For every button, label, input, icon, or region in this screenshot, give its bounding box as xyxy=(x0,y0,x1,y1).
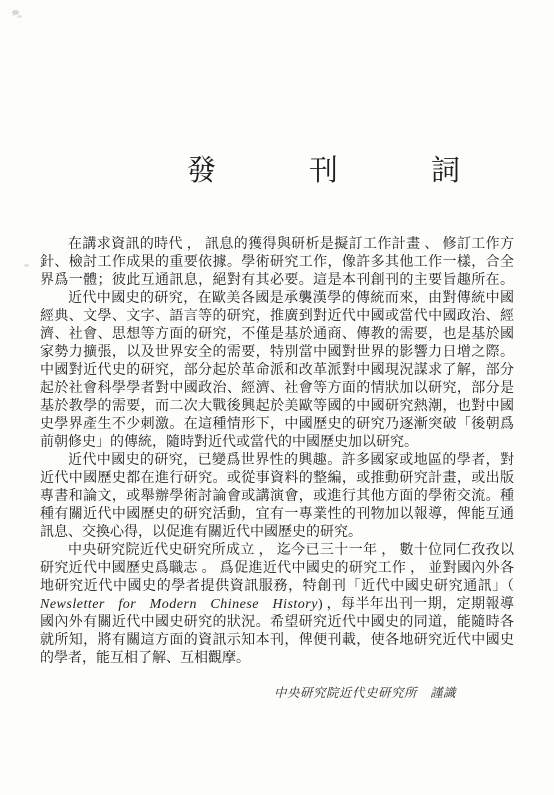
text-line: 訊息、交換心得，以促進有關近代中國歷史的研究。 xyxy=(40,524,514,542)
text-line: 史學界產生不少刺激。在這種情形下，中國歷史的研究乃逐漸突破「後朝爲 xyxy=(40,416,514,434)
text-line: 起於社會科學學者對中國政治、經濟、社會等方面的情狀加以研究，部分是 xyxy=(40,380,514,398)
text-line: 專書和論文，或舉辦學術討論會或講演會，或進行其他方面的學術交流。種 xyxy=(40,488,514,506)
text-line: 家勢力擴張，以及世界安全的需要，特別當中國對世界的影響力日增之際。 xyxy=(40,344,514,362)
text-line: 的學者，能互相了解、互相觀摩。 xyxy=(40,650,514,668)
scan-artifact xyxy=(24,264,29,267)
latin-journal-name: Newsletter for Modern Chinese History xyxy=(40,597,318,612)
text-line: 近代中國史的研究，已變爲世界性的興趣。許多國家或地區的學者，對 xyxy=(40,452,514,470)
page-title: 發 刊 詞 xyxy=(187,153,492,189)
text-line: 在講求資訊的時代 ， 訊息的獲得與研析是擬訂工作計畫 、 修訂工作方 xyxy=(40,236,514,254)
document-body: 在講求資訊的時代 ， 訊息的獲得與研析是擬訂工作計畫 、 修訂工作方針、檢討工作… xyxy=(40,236,514,668)
text-line: 中央研究院近代史研究所成立 ， 迄今已三十一年 ， 數十位同仁孜孜以 xyxy=(40,542,514,560)
scanned-document-page: 發 刊 詞 在講求資訊的時代 ， 訊息的獲得與研析是擬訂工作計畫 、 修訂工作方… xyxy=(0,0,554,795)
text-line: 就所知，將有關這方面的資訊示知本刊，俾便刊載，使各地研究近代中國史 xyxy=(40,632,514,650)
text-line: 種有關近代中國歷史的研究活動，宜有一專業性的刊物加以報導，俾能互通 xyxy=(40,506,514,524)
text-line: 國內外有關近代中國史研究的狀況。希望研究近代中國史的同道，能隨時各 xyxy=(40,614,514,632)
text-line: 地研究近代中國史的學者提供資訊服務，特創刊「近代中國史研究通訊」（ xyxy=(40,578,514,596)
text-line: 界爲一體；彼此互通訊息，絕對有其必要。這是本刊創刊的主要旨趣所在。 xyxy=(40,272,514,290)
text-line: 濟、社會、思想等方面的研究，不僅是基於通商、傳教的需要，也是基於國 xyxy=(40,326,514,344)
text-line: Newsletter for Modern Chinese History) ，… xyxy=(40,596,514,614)
text-line: 基於教學的需要，而二次大戰後興起於美歐等國的中國研究熱潮，也對中國 xyxy=(40,398,514,416)
text-line: 近代中國歷史都在進行研究。或從事資料的整編，或推動研究計畫，或出版 xyxy=(40,470,514,488)
text-line: 針、檢討工作成果的重要依據。學術研究工作，像許多其他工作一樣，合全世 xyxy=(40,254,514,272)
text-line: 近代中國史的研究，在歐美各國是承襲漢學的傳統而來，由對傳統中國 xyxy=(40,290,514,308)
text-line: 前朝修史」的傳統，隨時對近代或當代的中國歷史加以研究。 xyxy=(40,434,514,452)
text-line: 中國對近代史的研究，部分起於革命派和改革派對中國現況謀求了解，部分 xyxy=(40,362,514,380)
text-line: 經典、文學、文字、語言等的研究，推廣到對近代中國或當代中國政治、經 xyxy=(40,308,514,326)
signature-line: 中央研究院近代史研究所 謹識 xyxy=(274,685,456,701)
scan-artifact xyxy=(12,10,19,15)
text-line: 研究近代中國歷史爲職志 。 爲促進近代中國史的研究工作 ， 並對國內外各 xyxy=(40,560,514,578)
